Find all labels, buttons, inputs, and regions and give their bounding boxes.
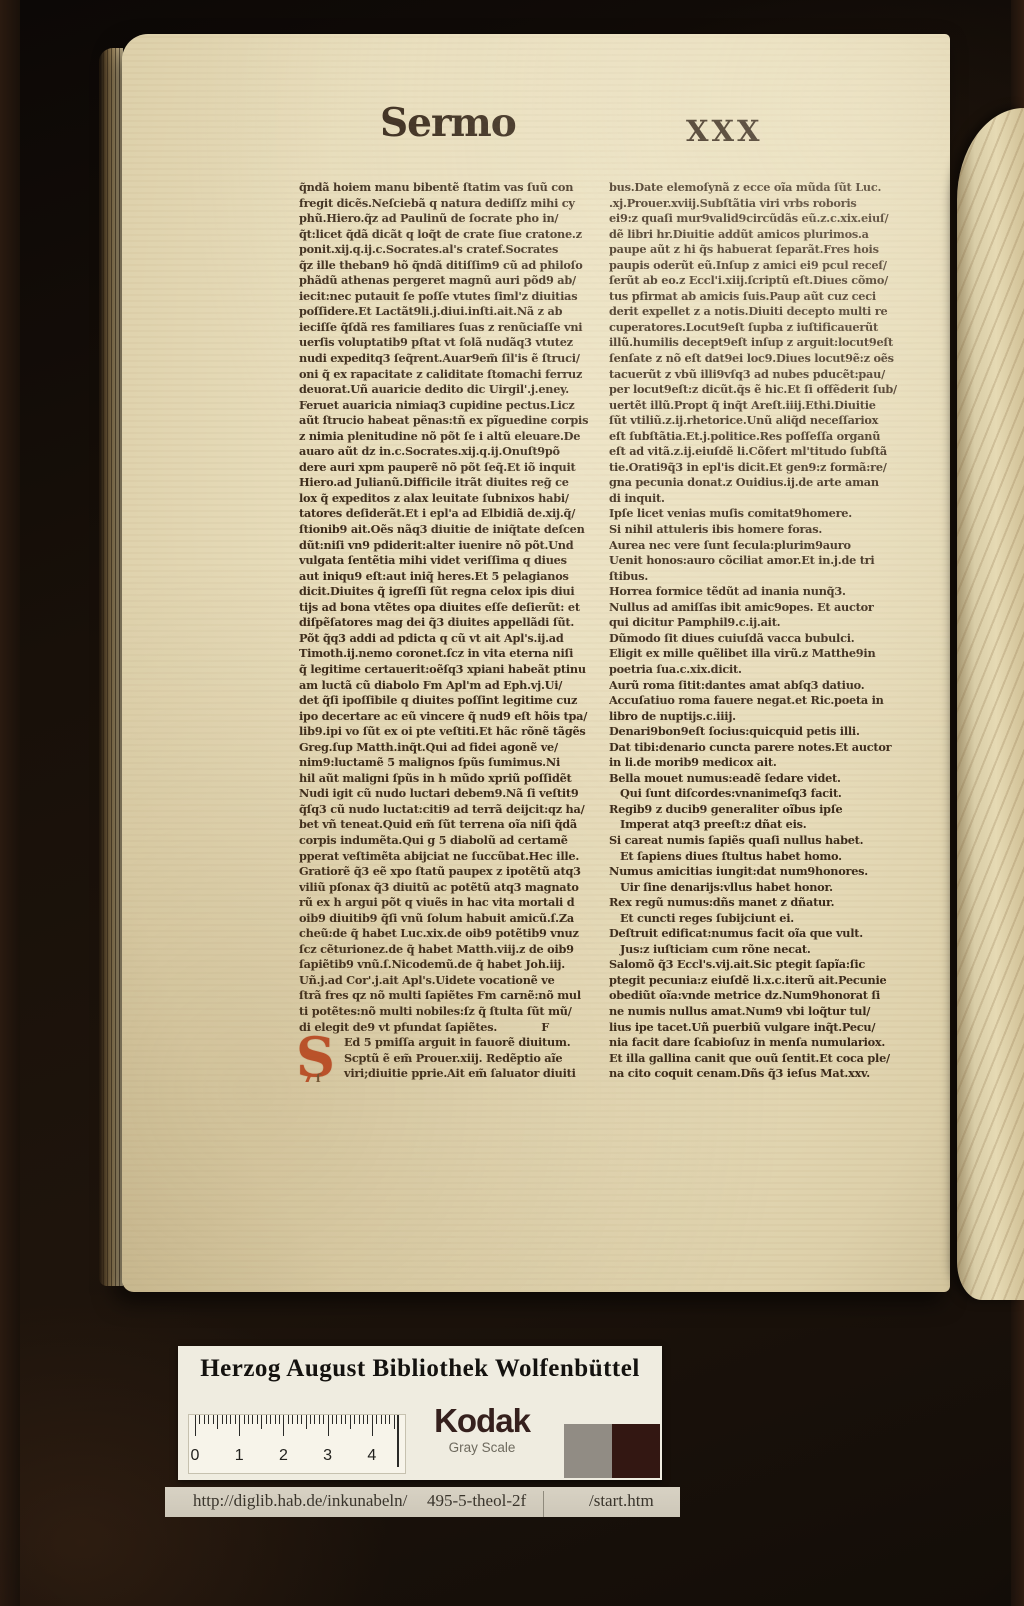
- ruler-tick: [222, 1415, 223, 1424]
- ruler-tick: [301, 1415, 302, 1424]
- text-line: tijs ad bona vtẽtes opa diuites eſſe deſ…: [299, 600, 604, 616]
- text-line: deuorat.Uñ auaricie dedito dic Uirgil'.j…: [299, 382, 604, 398]
- ruler-tick: [328, 1415, 329, 1436]
- text-line: di inquit.: [609, 491, 943, 507]
- ruler-tick: [248, 1415, 249, 1424]
- text-line: tatores deſiderãt.Et i epl'a ad Elbidiã …: [299, 506, 604, 522]
- text-line: ſerũt ab eo.z Eccl'i.xiij.ſcriptũ eſt.Di…: [609, 273, 943, 289]
- ruler-tick: [195, 1415, 196, 1436]
- text-line: poſſidere.Et Lactãt9li.j.diui.inſti.ait.…: [299, 304, 604, 320]
- text-line: Si nihil attuleris ibis homere foras.: [609, 522, 943, 538]
- ruler-tick: [297, 1415, 298, 1424]
- text-line: phãdũ athenas pergeret magnũ auri põd9 a…: [299, 273, 604, 289]
- ruler-tick: [345, 1415, 346, 1424]
- running-title: Sermo: [380, 100, 516, 146]
- text-line: Dat tibi:denario cuncta parere notes.Et …: [609, 740, 943, 756]
- ruler-tick: [270, 1415, 271, 1424]
- text-line: aut iniqu9 eſt:aut iniq̃ heres.Et 5 pela…: [299, 569, 604, 585]
- text-line: di elegit de9 vt pfundat ſapiẽtes. F: [299, 1020, 604, 1036]
- ruler-tick: [266, 1415, 267, 1424]
- text-line: det q̃ſi ipoſſibile q diuites poſſint le…: [299, 693, 604, 709]
- text-line: dicit.Diuites q̃ igreſſi ſũt regna celox…: [299, 584, 604, 600]
- ruler-tick: [350, 1415, 351, 1429]
- ruler-tick: [367, 1415, 368, 1424]
- text-line: rũ ex h argui põt q viuẽs in hac vita mo…: [299, 895, 604, 911]
- folio-number: XXX: [686, 114, 763, 148]
- text-line: .xj.Prouer.xviij.Subſtãtia viri vrbs rob…: [609, 196, 943, 212]
- ruler-tick: [332, 1415, 333, 1424]
- text-line: ſtionib9 ait.Oẽs nãq3 diuitie de iniq̃ta…: [299, 522, 604, 538]
- ruler-tick: [279, 1415, 280, 1424]
- text-line: Qui ſunt diſcordes:vnanimeſq3 facit.: [609, 786, 943, 802]
- text-line: Regib9 z ducib9 generaliter oĩbus ipſe: [609, 802, 943, 818]
- text-line: pperat veſtimẽta abijciat ne ſuccũbat.He…: [299, 849, 604, 865]
- ruler-tick: [244, 1415, 245, 1424]
- book-scan-scene: Sermo XXX q̃ndã hoiem manu bibentẽ ſtati…: [0, 0, 1024, 1606]
- text-line: eſt ſubſtãtia.Et.j.politice.Res poſſeſſa…: [609, 429, 943, 445]
- ruler-end-line: [397, 1415, 399, 1467]
- ruler-tick: [261, 1415, 262, 1429]
- text-line: ſcz cẽturionez.de q̃ habet Matth.viij.z …: [299, 942, 604, 958]
- text-line: obediũt oĩa:vnde metrice dz.Num9honorat …: [609, 988, 943, 1004]
- text-line: ſtibus.: [609, 569, 943, 585]
- text-line: oib9 diuitib9 q̃ſi vnũ ſolum habuit amic…: [299, 911, 604, 927]
- text-line: bet vñ teneat.Quid em̃ ſũt terrena oĩa n…: [299, 817, 604, 833]
- text-line: lox q̃ expeditos z alax leuitate ſubnixo…: [299, 491, 604, 507]
- ruler-tick: [394, 1415, 395, 1429]
- text-line: nia facit dare ſcabioſuz in menſa numula…: [609, 1035, 943, 1051]
- ruler-tick: [257, 1415, 258, 1424]
- text-line: Aurea nec vere ſunt ſecula:plurim9auro: [609, 538, 943, 554]
- text-line: oni q̃ ex rapacitate z caliditate ſtomac…: [299, 367, 604, 383]
- text-line: Salomõ q̃3 Eccl's.vij.ait.Sic ptegit ſap…: [609, 957, 943, 973]
- text-line: viliũ pſonax q̃3 diuitũ ac potẽtũ atq3 m…: [299, 880, 604, 896]
- text-line: Uenit honos:auro cõciliat amor.Et in.j.d…: [609, 553, 943, 569]
- ruler-tick: [341, 1415, 342, 1424]
- text-line: vulgata ſentẽtia mihi videt veriſſima q …: [299, 553, 604, 569]
- text-line: Ed 5 pmiſſa arguit in fauorẽ diuitum.: [344, 1035, 604, 1051]
- ruler-tick: [306, 1415, 307, 1429]
- measurement-ruler: 01234: [188, 1414, 406, 1474]
- ruler-tick: [385, 1415, 386, 1424]
- text-line: lib9.ipi vo ſũt ex oi pte veſtiti.Et hãc…: [299, 724, 604, 740]
- text-line: poetria ſua.c.xix.dicit.: [609, 662, 943, 678]
- text-line: iecit:nec putauit ſe poſſe vtutes ſiml'z…: [299, 289, 604, 305]
- text-line: Denari9bon9eſt ſocius:quicquid petis ill…: [609, 724, 943, 740]
- ruler-tick: [336, 1415, 337, 1424]
- text-line: Horrea formice tẽdũt ad inania nunq̃3.: [609, 584, 943, 600]
- text-line: z nimia plenitudine nõ põt ſe i altũ ele…: [299, 429, 604, 445]
- text-line: corpis indumẽta.Qui g 5 diabolũ ad certa…: [299, 833, 604, 849]
- text-line: tus pfirmat ab amicis ſuis.Paup aũt cuz …: [609, 289, 943, 305]
- text-line: Uir ſine denarijs:vllus habet honor.: [609, 880, 943, 896]
- ruler-tick: [230, 1415, 231, 1424]
- text-line: dere auri xpm pauperẽ nõ põt ſeq̃.Et iõ …: [299, 460, 604, 476]
- ruler-tick: [389, 1415, 390, 1424]
- text-line: Et illa gallina canit que ouũ ſentit.Et …: [609, 1051, 943, 1067]
- ruler-tick: [310, 1415, 311, 1424]
- text-line: libro de nuptijs.c.iiij.: [609, 709, 943, 725]
- text-line: Aurũ roma ſitit:dantes amat abſq3 datiuo…: [609, 678, 943, 694]
- text-line: Hiero.ad Julianũ.Difficile itrãt diuites…: [299, 475, 604, 491]
- text-line: nim9:luctamẽ 5 malignos ſpũs ſumimus.Ni: [299, 755, 604, 771]
- text-line: auaro aũt dz in.c.Socrates.xij.q.ij.Onuſ…: [299, 444, 604, 460]
- text-line: nudi expeditq3 ſeq̃rent.Auar9em̃ ſil'is …: [299, 351, 604, 367]
- text-line: Accuſatiuo roma fauere negat.et Ric.poet…: [609, 693, 943, 709]
- ruler-number: 2: [279, 1447, 288, 1465]
- text-line: eſt ad vitã.z.ij.eiuſdẽ li.Cõfert ml'tit…: [609, 444, 943, 460]
- ruler-tick: [252, 1415, 253, 1424]
- grayscale-caption: Gray Scale: [406, 1440, 558, 1455]
- text-line: viri;diuitie pprie.Ait em̃ ſaluator diui…: [344, 1066, 604, 1082]
- ruler-tick: [275, 1415, 276, 1424]
- text-line: ieciſſe q̃ſdã res familiares ſuas z renũ…: [299, 320, 604, 336]
- text-line: Põt q̃q3 addi ad pdicta q cũ vt ait Apl'…: [299, 631, 604, 647]
- text-line: phũ.Hiero.q̃z ad Paulinũ de ſocrate pho …: [299, 211, 604, 227]
- ruler-tick: [226, 1415, 227, 1424]
- text-line: Et ſapiens diues ſtultus habet homo.: [609, 849, 943, 865]
- text-line: ponit.xij.q.ij.c.Socrates.al's cratef.So…: [299, 242, 604, 258]
- ruler-tick: [363, 1415, 364, 1424]
- text-line: bus.Date elemoſynã z ecce oĩa mũda ſũt L…: [609, 180, 943, 196]
- rubricated-initial: Sſ: [299, 1033, 342, 1082]
- text-line: gna pecunia donat.z Ouidius.ij.de arte a…: [609, 475, 943, 491]
- text-line: derit expellet z a notis.Diuiti decepto …: [609, 304, 943, 320]
- text-line: ſapiẽtib9 vnũ.ſ.Nicodemũ.de q̃ habet Joh…: [299, 957, 604, 973]
- ruler-tick: [319, 1415, 320, 1424]
- rubricated-paragraph: SſEd 5 pmiſſa arguit in fauorẽ diuitum.S…: [299, 1035, 604, 1082]
- text-line: Bella mouet numus:eadẽ ſedare videt.: [609, 771, 943, 787]
- text-line: Gratiorẽ q̃3 eẽ xpo ſtatũ paupex z ipotẽ…: [299, 864, 604, 880]
- text-line: Ipſe licet venias muſis comitat9homere.: [609, 506, 943, 522]
- text-line: Dũmodo ſit diues cuiuſdã vacca bubulci.: [609, 631, 943, 647]
- ruler-tick: [376, 1415, 377, 1424]
- dark-patch: [612, 1424, 660, 1478]
- text-line: fregit dicẽs.Neſciebã q natura dediſſz m…: [299, 196, 604, 212]
- text-line: Uñ.j.ad Cor'.j.ait Apl's.Uidete vocation…: [299, 973, 604, 989]
- text-line: q̃ legitime certauerit:oẽſq3 xpiani habe…: [299, 662, 604, 678]
- text-line: Et cuncti reges ſubijciunt ei.: [609, 911, 943, 927]
- text-line: uertẽt illũ.Propt q̃ inq̃t Areſt.iiij.Et…: [609, 398, 943, 414]
- initial-flourish: [299, 1073, 328, 1082]
- text-column-right: bus.Date elemoſynã z ecce oĩa mũda ſũt L…: [609, 180, 943, 1082]
- text-line: ptegit pecunia:z eiuſdẽ li.x.c.iterũ ait…: [609, 973, 943, 989]
- text-line: uerſis voluptatib9 pſtat vt ſolã nudãq3 …: [299, 335, 604, 351]
- text-line: dẽ libri hr.Diuitie addũt amicos plurimo…: [609, 227, 943, 243]
- text-line: ſenſate z nõ eſt dat9ei loc9.Diues locut…: [609, 351, 943, 367]
- text-line: in li.de morib9 medicox ait.: [609, 755, 943, 771]
- text-line: q̃t:licet q̃dã dicãt q loq̃t de crate ſi…: [299, 227, 604, 243]
- grayscale-target: Kodak Gray Scale: [406, 1404, 558, 1455]
- text-line: Eligit ex mille quẽlibet illa virũ.z Mat…: [609, 646, 943, 662]
- ruler-number: 4: [367, 1447, 376, 1465]
- gray-patch: [564, 1424, 612, 1478]
- text-line: illũ.humilis decept9eſt inſup z arguit:l…: [609, 335, 943, 351]
- text-line: am luctã cũ diabolo Fm Apl'm ad Eph.vj.U…: [299, 678, 604, 694]
- text-line: Greg.ſup Matth.inq̃t.Qui ad fidei agonẽ …: [299, 740, 604, 756]
- ruler-tick: [199, 1415, 200, 1424]
- ruler-tick: [235, 1415, 236, 1424]
- ruler-tick: [283, 1415, 284, 1436]
- text-line: paupis oderũt eũ.Inſup z amici ei9 pcul …: [609, 258, 943, 274]
- text-line: cheũ:de q̃ habet Luc.xix.de oib9 potẽtib…: [299, 926, 604, 942]
- text-line: diſpẽſatores mag dei q̃3 diuites appellã…: [299, 615, 604, 631]
- text-line: q̃ndã hoiem manu bibentẽ ſtatim vas ſuũ …: [299, 180, 604, 196]
- text-line: tacuerũt z vbũ illi9vſq3 ad nubes pducẽt…: [609, 367, 943, 383]
- text-line: paupe aũt z hi q̃s habuerat ſeparãt.Fres…: [609, 242, 943, 258]
- library-name: Herzog August Bibliothek Wolfenbüttel: [178, 1355, 662, 1383]
- text-column-left: q̃ndã hoiem manu bibentẽ ſtatim vas ſuũ …: [299, 180, 604, 1082]
- ruler-tick: [213, 1415, 214, 1424]
- text-line: Feruet auaricia nimiaq3 cupidine pectus.…: [299, 398, 604, 414]
- text-line: Jus:z iuſticiam cum rõne necat.: [609, 942, 943, 958]
- url-caption-strip: http://diglib.hab.de/inkunabeln/ 495-5-t…: [165, 1487, 680, 1517]
- text-line: q̃z ille theban9 hõ q̃ndã ditiſſim9 cũ a…: [299, 258, 604, 274]
- text-line: tie.Orati9q̃3 in epl'is dicit.Et gen9:z …: [609, 460, 943, 476]
- text-line: Scptũ ẽ em̃ Prouer.xiij. Redẽptio aĩe: [344, 1051, 604, 1067]
- page-stack-edges: [99, 48, 123, 1286]
- book-page: Sermo XXX q̃ndã hoiem manu bibentẽ ſtati…: [122, 34, 950, 1292]
- ruler-tick: [217, 1415, 218, 1429]
- text-line: ne numis nullus amat.Num9 vbi loq̃tur tu…: [609, 1004, 943, 1020]
- text-line: Si careat numis ſapiẽs quaſi nullus habe…: [609, 833, 943, 849]
- ruler-tick: [204, 1415, 205, 1424]
- text-line: Deſtruit edificat:numus facit oĩa que vu…: [609, 926, 943, 942]
- url-prefix: http://diglib.hab.de/inkunabeln/: [193, 1491, 407, 1511]
- text-line: lius ipe tacet.Uñ puerbiũ vulgare inq̃t.…: [609, 1020, 943, 1036]
- text-line: na cito coquit cenam.Dñs q̃3 ieſus Mat.x…: [609, 1066, 943, 1082]
- text-line: ti potẽtes:nõ multi nobiles:ſz q̃ ſtulta…: [299, 1004, 604, 1020]
- ruler-tick: [372, 1415, 373, 1436]
- facing-page-curl: [957, 108, 1024, 1300]
- text-line: Numus amicitias iungit:dat num9honores.: [609, 864, 943, 880]
- text-line: per locut9eſt:z dicũt.q̃s ẽ hic.Et ſi of…: [609, 382, 943, 398]
- ruler-tick: [323, 1415, 324, 1424]
- text-line: ei9:z quaſi mur9valid9circũdãs eũ.z.c.xi…: [609, 211, 943, 227]
- ruler-number: 1: [235, 1447, 244, 1465]
- ruler-number: 3: [323, 1447, 332, 1465]
- shelfmark: 495-5-theol-2f: [427, 1491, 526, 1511]
- ruler-tick: [208, 1415, 209, 1424]
- text-line: Imperat atq3 preeſt:z dñat eis.: [609, 817, 943, 833]
- text-line: cuperatores.Locut9eſt ſupba z iuſtificau…: [609, 320, 943, 336]
- library-label-card: Herzog August Bibliothek Wolfenbüttel 01…: [178, 1346, 662, 1480]
- ruler-tick: [381, 1415, 382, 1424]
- text-line: qui dicitur Pamphil9.c.ij.ait.: [609, 615, 943, 631]
- text-line: ſtrã fres qz nõ multi ſapiẽtes Fm carnẽ:…: [299, 988, 604, 1004]
- text-line: ſũt vtiliũ.z.ij.rhetorice.Unũ aliq̃d nec…: [609, 413, 943, 429]
- ruler-number: 0: [191, 1447, 200, 1465]
- caption-divider: [543, 1491, 544, 1517]
- text-line: Nudi igit cũ nudo luctari debem9.Nã ſi v…: [299, 786, 604, 802]
- text-line: Timoth.ij.nemo coronet.ſcz in vita etern…: [299, 646, 604, 662]
- ruler-tick: [354, 1415, 355, 1424]
- ruler-tick: [292, 1415, 293, 1424]
- ruler-tick: [314, 1415, 315, 1424]
- text-line: ipo decertare ac eũ vincere q̃ nud9 eſt …: [299, 709, 604, 725]
- text-line: hil aũt maligni ſpũs in h mũdo xpriũ poſ…: [299, 771, 604, 787]
- ruler-tick: [359, 1415, 360, 1424]
- url-suffix: /start.htm: [589, 1491, 654, 1511]
- text-line: aũt ſtrucio habeat pẽnas:tñ ex pĩguedine…: [299, 413, 604, 429]
- ruler-tick: [288, 1415, 289, 1424]
- ruler-tick: [239, 1415, 240, 1436]
- kodak-logo: Kodak: [406, 1404, 558, 1438]
- text-line: q̃ſq3 cũ nudo luctat:citi9 ad terrã deij…: [299, 802, 604, 818]
- text-line: Nullus ad amiſſas ibit amic9opes. Et auc…: [609, 600, 943, 616]
- cradle-left-edge: [0, 0, 20, 1606]
- text-line: dũt:niſi vn9 pdiderit:alter iuenire nõ p…: [299, 538, 604, 554]
- text-line: Rex regũ numus:dñs manet z dñatur.: [609, 895, 943, 911]
